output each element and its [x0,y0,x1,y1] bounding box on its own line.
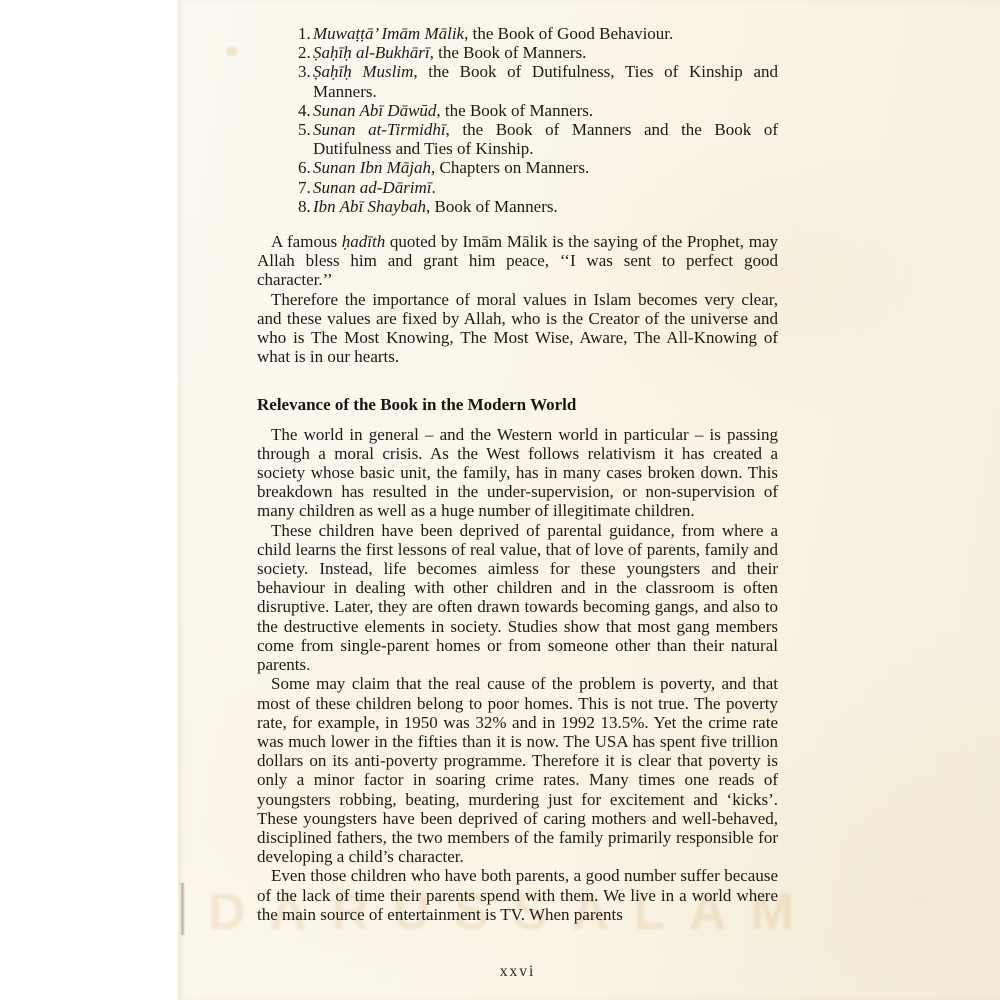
book-title: Ṣaḥīḥ Muslim [313,62,413,81]
list-item-text: Sunan at-Tirmidhī, the Book of Manners a… [313,120,778,158]
list-item-text: Sunan Ibn Mājah, Chapters on Manners. [313,158,589,177]
paragraph: Therefore the importance of moral values… [257,290,778,367]
hadith-books-list: 1.Muwaṭṭā’ Imām Mālik, the Book of Good … [257,24,778,216]
paragraph: Even those children who have both parent… [257,866,778,924]
text-column: 1.Muwaṭṭā’ Imām Mālik, the Book of Good … [257,24,778,924]
list-item-number: 4. [298,101,311,120]
list-item-text: Muwaṭṭā’ Imām Mālik, the Book of Good Be… [313,24,673,43]
book-page: DARUSSALAM 1.Muwaṭṭā’ Imām Mālik, the Bo… [178,0,1000,1000]
list-item-number: 5. [298,120,311,139]
list-item: 7.Sunan ad-Dārimī. [257,178,778,197]
list-item: 2.Ṣaḥīḥ al-Bukhārī, the Book of Manners. [257,43,778,62]
paragraph: The world in general – and the Western w… [257,425,778,521]
book-title: Ṣaḥīḥ al-Bukhārī [313,43,430,62]
book-title: Sunan Ibn Mājah [313,158,431,177]
book-title: Sunan ad-Dārimī [313,178,432,197]
list-item: 3.Ṣaḥīḥ Muslim, the Book of Dutifulness,… [257,62,778,100]
list-item-text: Sunan ad-Dārimī. [313,178,436,197]
book-title: Muwaṭṭā’ Imām Mālik [313,24,464,43]
list-item-number: 7. [298,178,311,197]
list-item: 5.Sunan at-Tirmidhī, the Book of Manners… [257,120,778,158]
list-item-text: Ṣaḥīḥ Muslim, the Book of Dutifulness, T… [313,62,778,100]
list-item: 4.Sunan Abī Dāwūd, the Book of Manners. [257,101,778,120]
list-item: 8.Ibn Abī Shaybah, Book of Manners. [257,197,778,216]
intro-paragraphs: A famous ḥadīth quoted by Imām Mālik is … [257,232,778,366]
paper-speck [226,47,238,56]
list-item-text: Ibn Abī Shaybah, Book of Manners. [313,197,558,216]
scan-white-margin [0,0,178,1000]
paragraph: A famous ḥadīth quoted by Imām Mālik is … [257,232,778,290]
list-item-number: 2. [298,43,311,62]
list-item-number: 8. [298,197,311,216]
paragraph: These children have been deprived of par… [257,521,778,675]
list-item: 1.Muwaṭṭā’ Imām Mālik, the Book of Good … [257,24,778,43]
scan-edge-mark [181,883,184,935]
book-title: Sunan Abī Dāwūd [313,101,436,120]
section-heading: Relevance of the Book in the Modern Worl… [257,395,778,414]
list-item: 6.Sunan Ibn Mājah, Chapters on Manners. [257,158,778,177]
list-item-number: 1. [298,24,311,43]
scanned-document-view: { "page": { "number_label": "xxvi", "ble… [0,0,1000,1000]
page-number: xxvi [257,963,778,981]
section-paragraphs: The world in general – and the Western w… [257,425,778,924]
book-title: Sunan at-Tirmidhī [313,120,446,139]
paragraph: Some may claim that the real cause of th… [257,674,778,866]
book-title: Ibn Abī Shaybah [313,197,426,216]
list-item-number: 6. [298,158,311,177]
list-item-text: Sunan Abī Dāwūd, the Book of Manners. [313,101,593,120]
list-item-number: 3. [298,62,311,81]
list-item-text: Ṣaḥīḥ al-Bukhārī, the Book of Manners. [313,43,586,62]
